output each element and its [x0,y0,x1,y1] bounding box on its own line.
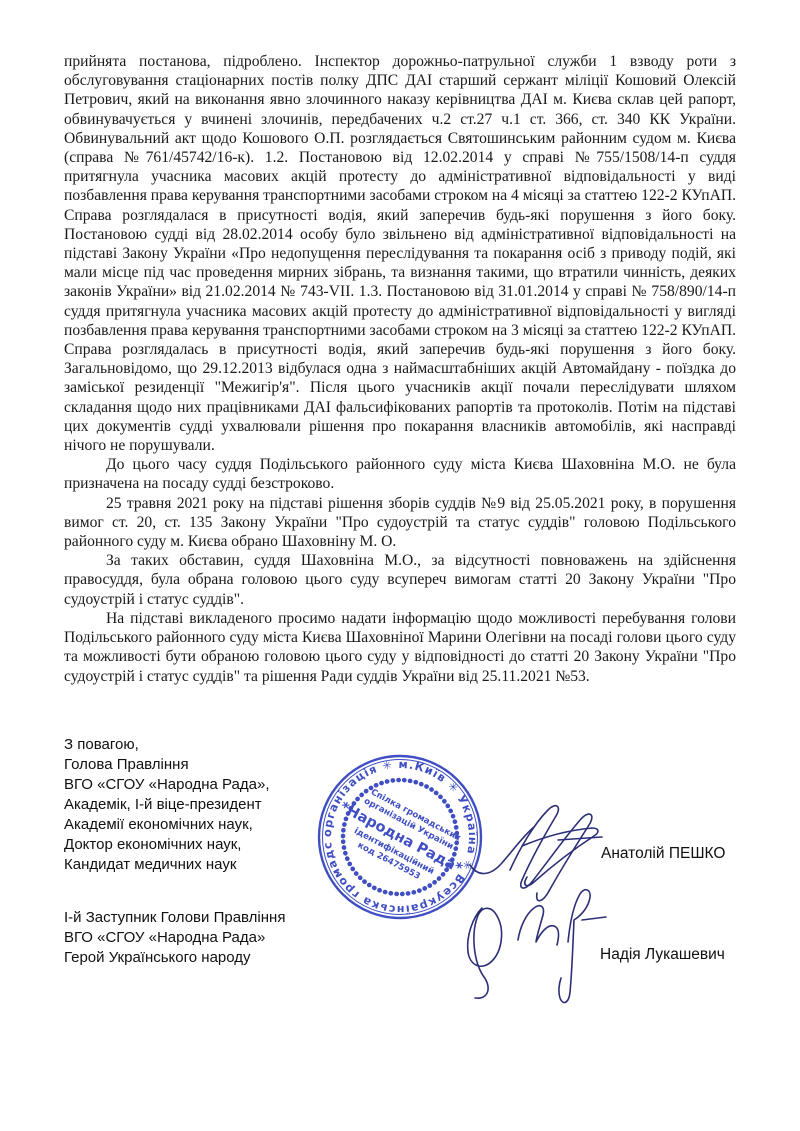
signer1-title-block: З повагою, Голова Правління ВГО «СГОУ «Н… [64,735,269,875]
signer2-title-line: І-й Заступник Голови Правління [64,908,285,928]
signer1-title-line: Голова Правління [64,755,269,775]
signer2-title-line: Герой Українського народу [64,948,285,968]
signer1-title-line: Кандидат медичних наук [64,855,269,875]
body-paragraph: прийнята постанова, підроблено. Інспекто… [64,52,736,455]
signature-lukashevych-ink [468,890,606,1003]
signer1-title-line: Академії економічних наук, [64,815,269,835]
signer1-title-line: Академік, І-й віце-президент [64,795,269,815]
body-paragraph: До цього часу суддя Подільського районно… [64,455,736,493]
body-paragraph: На підставі викладеного просимо надати і… [64,609,736,686]
handwritten-signatures [440,770,740,1020]
signer2-title-block: І-й Заступник Голови Правління ВГО «СГОУ… [64,908,285,968]
body-paragraph: За таких обставин, суддя Шаховніна М.О.,… [64,551,736,609]
signature-peshko-ink [470,806,602,901]
signer1-title-line: Доктор економічних наук, [64,835,269,855]
closing-salutation: З повагою, [64,735,269,755]
body-paragraph: 25 травня 2021 року на підставі рішення … [64,494,736,552]
letter-body: прийнята постанова, підроблено. Інспекто… [64,52,736,686]
document-page: прийнята постанова, підроблено. Інспекто… [0,0,800,1131]
signer2-title-line: ВГО «СГОУ «Народна Рада» [64,928,285,948]
signer1-title-line: ВГО «СГОУ «Народна Рада», [64,775,269,795]
